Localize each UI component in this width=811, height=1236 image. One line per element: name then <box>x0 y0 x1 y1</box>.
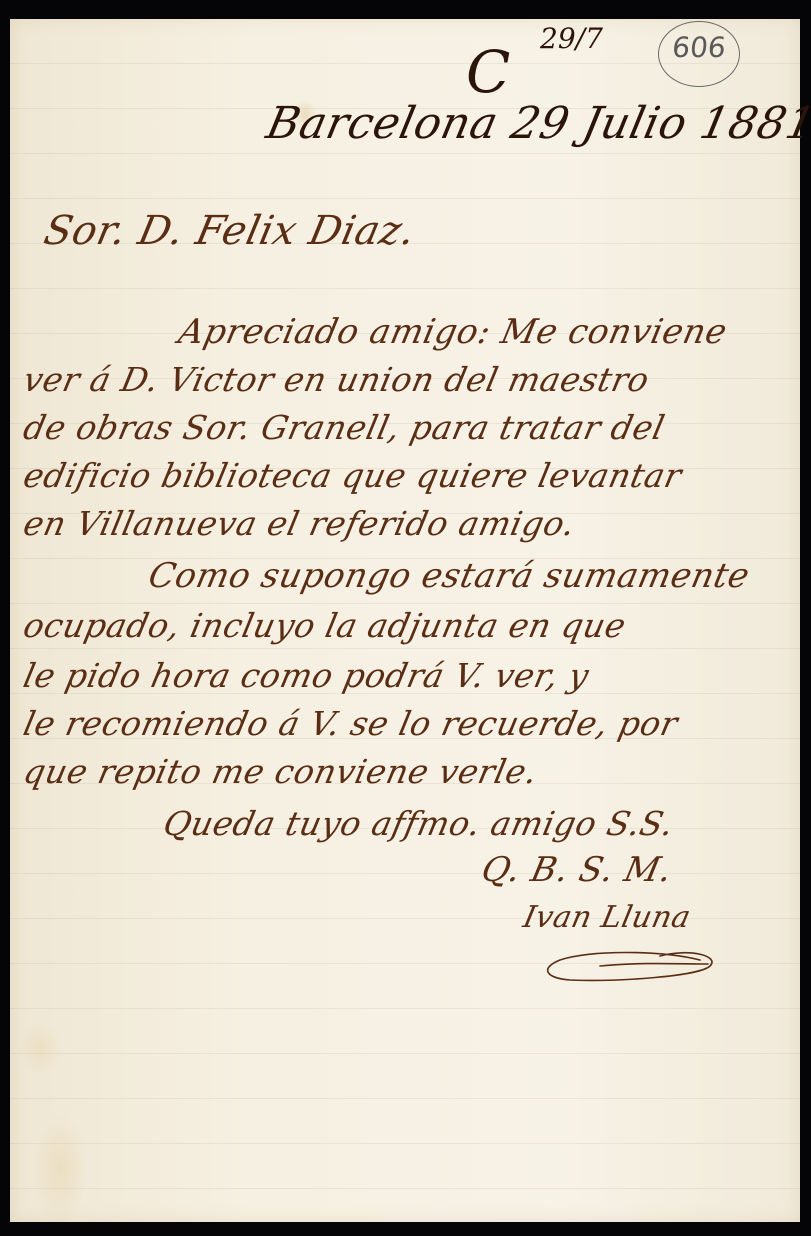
closing-abbrev: Q. B. S. M. <box>478 850 676 890</box>
body-line-6: Como supongo estará sumamente <box>145 556 753 596</box>
body-line-10: que repito me conviene verle. <box>20 752 541 791</box>
archive-number: 606 <box>666 31 731 64</box>
docket-letter: C <box>466 38 510 106</box>
docket-date: 29/7 <box>540 22 603 55</box>
body-line-5: en Villanueva el referido amigo. <box>20 504 579 543</box>
closing-line: Queda tuyo affmo. amigo S.S. <box>160 804 677 843</box>
body-line-1: Apreciado amigo: Me conviene <box>175 312 731 352</box>
signature-flourish-icon <box>540 942 730 992</box>
body-line-4: edificio biblioteca que quiere levantar <box>20 456 685 495</box>
body-line-8: le pido hora como podrá V. ver, y <box>20 656 593 695</box>
body-line-2: ver á D. Victor en union del maestro <box>20 360 653 399</box>
salutation: Sor. D. Felix Diaz. <box>40 208 420 254</box>
scan-frame: C 29/7 606 Barcelona 29 Julio 1881. Sor.… <box>0 0 811 1236</box>
body-line-9: le recomiendo á V. se lo recuerde, por <box>20 704 681 743</box>
body-line-3: de obras Sor. Granell, para tratar del <box>20 408 668 447</box>
body-line-7: ocupado, incluyo la adjunta en que <box>20 606 630 645</box>
place-date: Barcelona 29 Julio 1881. <box>262 98 811 149</box>
signature: Ivan Lluna <box>520 900 694 935</box>
